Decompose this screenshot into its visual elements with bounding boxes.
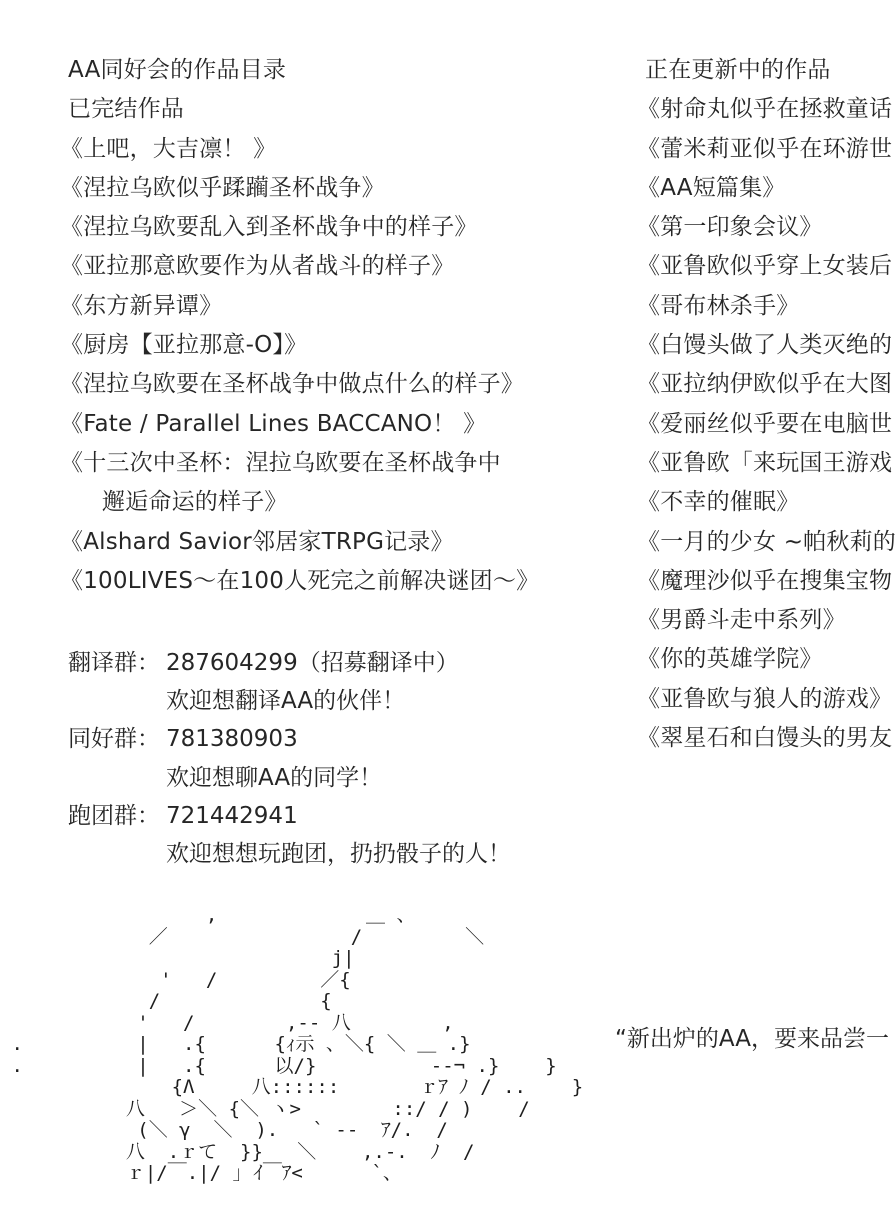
ongoing-work-item: 《AA短篇集》 [637,169,896,208]
catalog-title: AA同好会的作品目录 [68,51,539,90]
completed-work-item: 《100LIVES～在100人死完之前解决谜团～》 [60,562,539,601]
group-note: 欢迎想想玩跑团，扔扔骰子的人！ [68,835,511,873]
ongoing-work-item: 《亚拉纳伊欧似乎在大图 [637,365,896,404]
trpg-group-row: 跑团群： 721442941 [68,797,511,835]
completed-works-column: AA同好会的作品目录 已完结作品 《上吧，大吉凛！ 》 《涅拉乌欧似乎蹂躏圣杯战… [68,51,539,601]
quote-caption: “新出炉的AA，要来品尝一 [615,1020,889,1053]
completed-work-item: 《涅拉乌欧要在圣杯战争中做点什么的样子》 [60,365,539,404]
group-label: 跑团群： [68,797,166,835]
completed-work-item: 《上吧，大吉凛！ 》 [60,130,539,169]
group-note: 欢迎想翻译AA的伙伴！ [68,682,511,720]
group-number: 781380903 [166,720,298,758]
ongoing-work-item: 《蕾米莉亚似乎在环游世 [637,130,896,169]
completed-works-header: 已完结作品 [68,90,539,129]
ongoing-works-header: 正在更新中的作品 [645,51,896,90]
group-label: 翻译群： [68,644,166,682]
group-number: 287604299（招募翻译中） [166,644,459,682]
ongoing-work-item: 《翠星石和白馒头的男友 [637,719,896,758]
translation-group-row: 翻译群： 287604299（招募翻译中） [68,644,511,682]
completed-work-item: 《Fate / Parallel Lines BACCANO！ 》 [60,405,539,444]
ongoing-work-item: 《你的英雄学院》 [637,640,896,679]
fan-group-row: 同好群： 781380903 [68,720,511,758]
ongoing-work-item: 《哥布林杀手》 [637,287,896,326]
ongoing-work-item: 《亚鲁欧似乎穿上女装后 [637,247,896,286]
group-label: 同好群： [68,720,166,758]
completed-work-item: 《东方新异谭》 [60,287,539,326]
ongoing-work-item: 《男爵斗走中系列》 [637,601,896,640]
completed-work-item: 《Alshard Savior邻居家TRPG记录》 [60,523,539,562]
ongoing-work-item: 《白馒头做了人类灭绝的 [637,326,896,365]
ongoing-work-item: 《一月的少女 ~帕秋莉的 [637,523,896,562]
completed-work-item: 《十三次中圣杯：涅拉乌欧要在圣杯战争中 [60,444,539,483]
ongoing-work-item: 《魔理沙似乎在搜集宝物 [637,562,896,601]
group-number: 721442941 [166,797,298,835]
completed-work-item: 《涅拉乌欧似乎蹂躏圣杯战争》 [60,169,539,208]
group-contacts: 翻译群： 287604299（招募翻译中） 欢迎想翻译AA的伙伴！ 同好群： 7… [68,644,511,873]
ongoing-work-item: 《爱丽丝似乎要在电脑世 [637,405,896,444]
ongoing-work-item: 《第一印象会议》 [637,208,896,247]
completed-work-item: 《厨房【亚拉那意-O】》 [60,326,539,365]
ongoing-work-item: 《亚鲁欧「来玩国王游戏 [637,444,896,483]
ongoing-work-item: 《不幸的催眠》 [637,483,896,522]
completed-work-item: 《涅拉乌欧要乱入到圣杯战争中的样子》 [60,208,539,247]
group-note: 欢迎想聊AA的同学！ [68,759,511,797]
ongoing-work-item: 《亚鲁欧与狼人的游戏》 [637,680,896,719]
ongoing-work-item: 《射命丸似乎在拯救童话 [637,90,896,129]
ongoing-works-column: 正在更新中的作品 《射命丸似乎在拯救童话 《蕾米莉亚似乎在环游世 《AA短篇集》… [645,51,896,758]
ascii-art-illustration: , ＿ 、 ／ / ＼ j| ' / ／{ / { ' / ,-‐ 八 , . [0,905,560,1219]
completed-work-item-continuation: 邂逅命运的样子》 [68,483,539,522]
completed-work-item: 《亚拉那意欧要作为从者战斗的样子》 [60,247,539,286]
